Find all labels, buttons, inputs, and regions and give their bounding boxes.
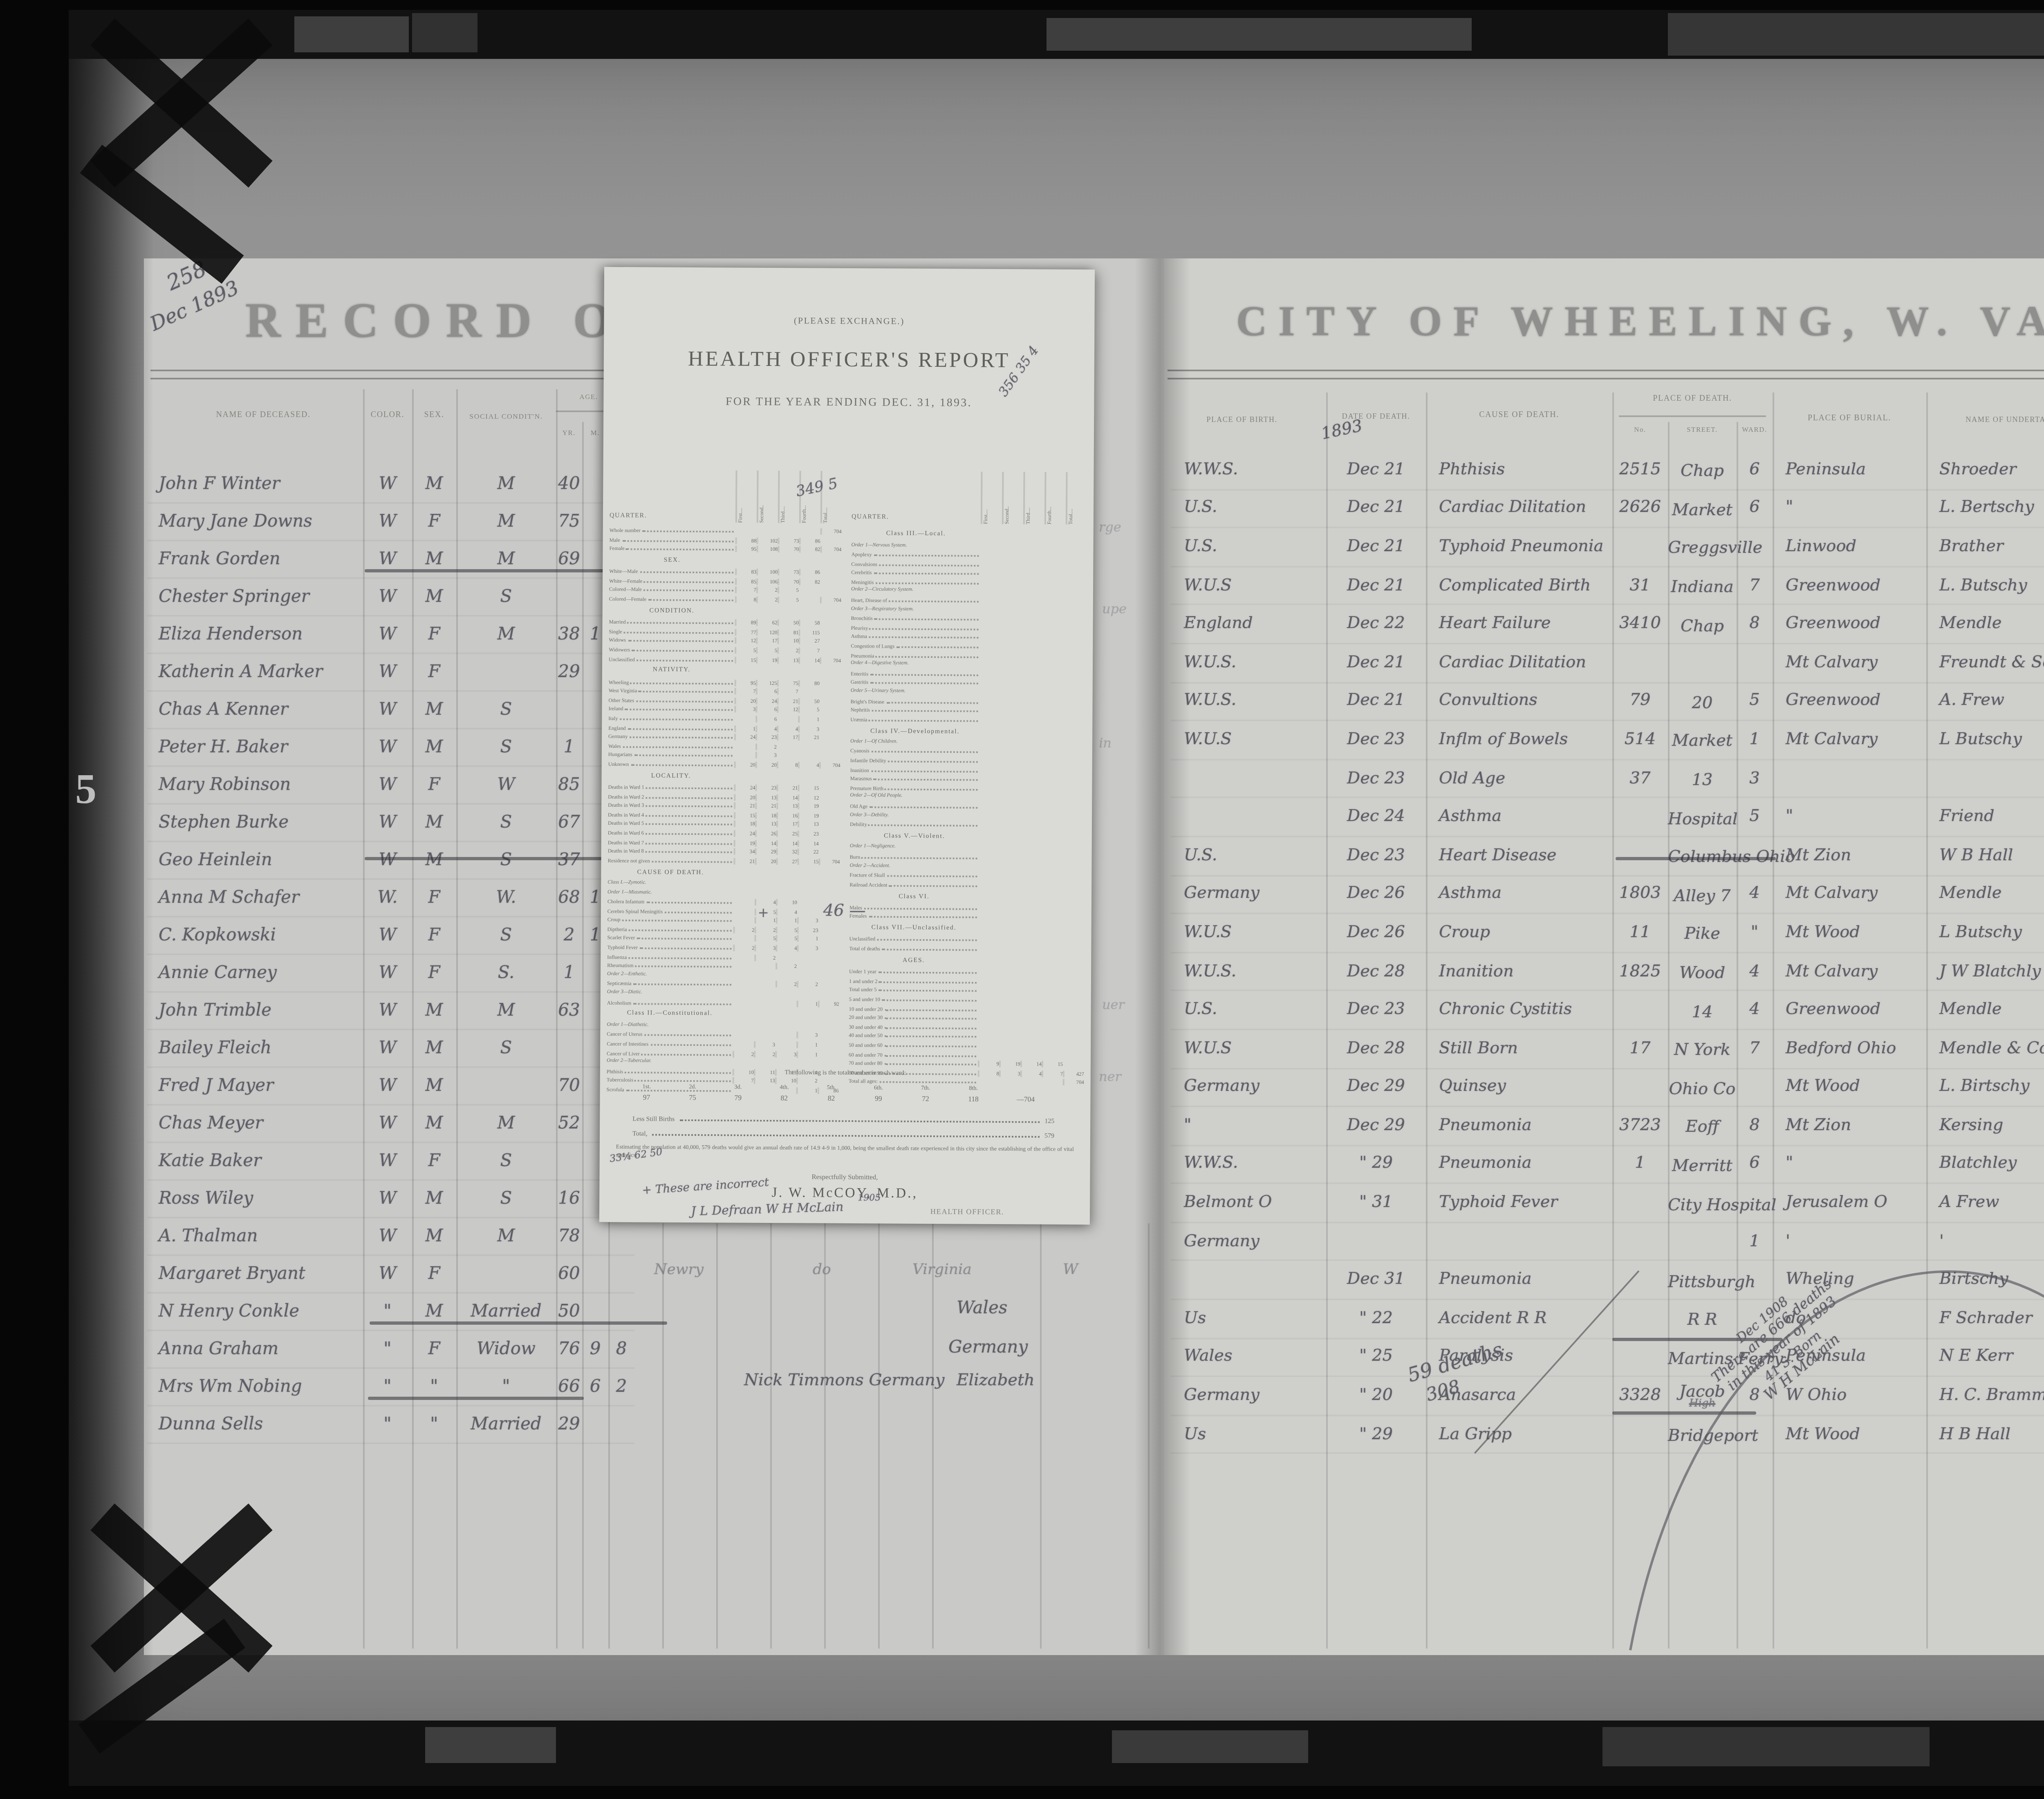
social-condition-value: W: [456, 775, 556, 795]
ledger-row: Ross Wiley W M S 16: [147, 1181, 634, 1218]
entry-label: 10 and under 20: [849, 1005, 883, 1012]
sex-value: M: [412, 1227, 456, 1246]
social-condition-value: S: [456, 813, 556, 832]
social-condition-value: M: [456, 625, 556, 644]
ledger-row: Annie Carney W F S. 1: [147, 955, 634, 993]
report-entry: Deaths in Ward 5 18 13 17 13: [608, 819, 840, 829]
entry-label: Cerebro Spinal Meningitis: [607, 908, 663, 915]
entry-label: Cyanosis: [850, 748, 870, 755]
report-entry: Cholera Infantum 4 10: [607, 897, 840, 907]
entry-label: Scarlet Fever: [607, 935, 635, 942]
entry-label: Class II.—Constitutional.: [627, 1010, 713, 1017]
social-condition-value: Married: [456, 1302, 556, 1321]
dotted-leader: [646, 897, 732, 904]
dotted-leader: [626, 544, 734, 551]
cause-of-death: Asthma: [1426, 885, 1612, 903]
report-entry: Typhoid Fever 2 3 4 3: [607, 942, 839, 953]
report-entry: Unclassified: [849, 935, 1085, 945]
q1-value: 24: [734, 785, 755, 791]
q3-value: 1: [776, 917, 797, 924]
deceased-name: Stephen Burke: [147, 813, 363, 832]
deceased-name: Katie Baker: [147, 1151, 363, 1171]
place-of-birth: England: [1171, 615, 1326, 633]
report-entry: Septicæmia 2 2: [607, 979, 839, 989]
cause-of-death: Old Age: [1426, 769, 1612, 787]
entry-label: Tuberculosis: [607, 1077, 634, 1083]
color-value: W: [363, 662, 412, 682]
q1-value: 9: [978, 1061, 999, 1067]
total-value: 704: [820, 528, 842, 535]
date-of-death: Dec 28: [1326, 962, 1426, 980]
report-entry: Asthma: [851, 632, 1086, 642]
dotted-leader: [882, 944, 977, 951]
parents-note: Nick Timmons Germany: [744, 1372, 945, 1390]
ward-ordinal: 3d.: [734, 1084, 742, 1090]
color-value: W: [363, 1001, 412, 1021]
mother-name: Elizabeth: [957, 1372, 1035, 1390]
undertaker: A. Frew: [1926, 692, 2044, 710]
q3-value: 14: [776, 794, 798, 801]
total-value: 704: [820, 657, 841, 663]
age-months: 9: [582, 1339, 608, 1359]
q3-value: 2: [775, 963, 797, 970]
dotted-leader: [650, 1021, 731, 1026]
place-of-birth: Germany: [1171, 885, 1326, 903]
leader: [652, 1129, 1040, 1138]
social-condition-value: M: [456, 1227, 556, 1246]
q1-value: 19: [734, 839, 755, 846]
illegible-fragment: upe: [1102, 602, 1127, 617]
entry-label: Cerebritis: [851, 570, 872, 576]
q4-value: 22: [798, 849, 819, 855]
ledger-row: A. Thalman W M M 78: [147, 1218, 634, 1256]
report-entry: CAUSE OF DEATH.: [607, 865, 840, 880]
q2-value: 13: [754, 1078, 775, 1084]
report-entry: Unknown 20 20 8 4 704: [608, 759, 840, 769]
dotted-leader: [907, 687, 978, 693]
q2-value: 6: [756, 689, 777, 695]
entry-label: Heart, Disease of: [851, 597, 887, 603]
entry-label: AGES.: [903, 957, 925, 963]
ward-count: 82: [780, 1093, 789, 1101]
color-value: W: [363, 1114, 412, 1133]
house-number: 31: [1612, 576, 1668, 594]
q3-value: 50: [778, 620, 799, 626]
report-entry: Wheeling 95 125 75 80: [609, 677, 841, 687]
dotted-leader: [877, 935, 977, 942]
date-of-death: Dec 26: [1326, 885, 1426, 903]
date-of-death: Dec 23: [1326, 1001, 1426, 1019]
age-years: 50: [556, 1302, 582, 1321]
deceased-rows: John F Winter W M M 40 Mary Jane Downs W…: [147, 466, 634, 1444]
undertaker: J W Blatchly: [1926, 962, 2044, 980]
q4-value: 50: [798, 698, 820, 704]
entry-label: Colored—Male: [609, 587, 642, 593]
dotted-leader: [884, 1031, 977, 1038]
report-entry: 70 and under 80 9 19 14 15: [849, 1058, 1084, 1068]
report-entry: Married 89 62 50 58: [609, 617, 841, 628]
q3-value: 7: [777, 689, 798, 695]
death-record-row: W.U.S. Dec 28 Inanition 1825 Wood 4 Mt C…: [1171, 953, 2044, 991]
col-header-place-of-burial: PLACE OF BURIAL.: [1773, 415, 1926, 424]
report-entry: Italy 6 1: [608, 713, 840, 724]
col-header-date-of-death: DATE OF DEATH.: [1326, 412, 1426, 420]
film-artifact: [1668, 13, 2044, 56]
q3-value: 21: [777, 698, 798, 704]
age-years: 85: [556, 775, 582, 795]
date-of-death: Dec 21: [1326, 576, 1426, 594]
ward-count: 118: [968, 1094, 979, 1102]
dotted-leader: [888, 756, 978, 763]
cause-of-death: La Gripp: [1426, 1426, 1612, 1444]
social-condition-value: Married: [456, 1415, 556, 1434]
entry-label: Apoplexy: [851, 551, 872, 558]
street: Indiana: [1668, 579, 1737, 592]
entry-label: Total under 5: [849, 987, 877, 993]
sex-value: F: [412, 963, 456, 983]
entry-label: Total all ages:: [849, 1078, 878, 1085]
entry-label: Fracture of Skull: [849, 872, 885, 878]
death-rate-paragraph: Estimating the population at 40,000, 579…: [616, 1144, 1074, 1162]
report-entry: Class VII.—Unclassified.: [849, 921, 1085, 936]
q1-value: 7: [735, 688, 756, 695]
q4-value: 3: [798, 725, 819, 732]
q2-value: 23: [755, 785, 776, 791]
cause-of-death: Typhoid Pneumonia: [1426, 538, 1612, 556]
color-value: ": [363, 1339, 412, 1359]
dotted-leader: [650, 1039, 731, 1046]
total-row: Total, 579: [632, 1129, 1054, 1139]
report-entry: Deaths in Ward 7 19 14 14 14: [608, 837, 840, 847]
entry-label: Diptheria: [607, 926, 627, 932]
report-entry: Order 2—Tubercular.: [607, 1057, 839, 1067]
q4-value: 1: [796, 1050, 818, 1057]
rule: [932, 1223, 934, 1649]
entry-label: Deaths in Ward 4: [608, 811, 644, 818]
q1-value: 12: [735, 638, 756, 644]
place-of-birth: Us: [1171, 1426, 1326, 1444]
sex-value: F: [412, 888, 456, 908]
pencil-underline: [1616, 857, 1776, 859]
entry-label: Widows: [609, 637, 626, 644]
sex-value: M: [412, 850, 456, 870]
date-of-death: Dec 22: [1326, 615, 1426, 633]
ward-total: 3d.79: [734, 1084, 742, 1101]
q4-value: 82: [799, 546, 820, 553]
entry-label: Order 1—Nervous System.: [852, 541, 907, 547]
q1-value: 3: [734, 707, 755, 713]
street: Hospital: [1668, 811, 1737, 824]
report-entry: Order 1—Diathetic.: [607, 1021, 839, 1031]
dotted-leader: [636, 695, 733, 702]
ledger-row: Geo Heinlein W M S 37: [147, 842, 634, 880]
deceased-name: John Trimble: [147, 1001, 363, 1021]
q4-value: 82: [799, 579, 820, 585]
less-still-births-row: Less Still Births 125: [632, 1114, 1054, 1124]
deceased-name: Frank Gorden: [147, 550, 363, 569]
entry-label: Class I.—Zymotic.: [607, 879, 646, 885]
ledger-row: C. Kopkowski W F S 2 1: [147, 917, 634, 955]
place-of-burial: Mt Calvary: [1773, 654, 1926, 672]
entry-label: Gastritis: [851, 680, 868, 686]
quarter-col-third: Third....: [1023, 472, 1045, 524]
film-artifact: [294, 16, 409, 52]
dotted-leader: [879, 1077, 976, 1084]
entry-label: Rheumatism: [607, 962, 634, 969]
q1-value: 2: [733, 1050, 754, 1057]
death-record-row: Belmont O " 31 Typhoid Fever City Hospit…: [1171, 1184, 2044, 1223]
report-entry: Convulsions: [851, 559, 1087, 569]
q3-value: 4: [776, 908, 797, 915]
q4-value: 86: [799, 570, 820, 576]
dotted-leader: [628, 617, 733, 624]
age-months: 6: [582, 1377, 608, 1397]
ledger-row: Katherin A Marker W F 29: [147, 654, 634, 692]
film-artifact: [1047, 18, 1472, 51]
q2-value: 3: [754, 1041, 775, 1048]
pencil-underline: [370, 1321, 667, 1324]
place-of-burial: Mt Zion: [1773, 847, 1926, 865]
dotted-leader: [869, 820, 977, 827]
report-entry: Colored—Male 7 2 5: [609, 585, 841, 595]
dotted-leader: [644, 576, 734, 583]
social-condition-value: ": [456, 1377, 556, 1397]
color-value: W: [363, 550, 412, 569]
q3-value: 13: [776, 803, 798, 810]
street: Wood: [1668, 965, 1737, 978]
col-header-cause-of-death: CAUSE OF DEATH.: [1426, 412, 1612, 420]
cause-of-death: Croup: [1426, 924, 1612, 942]
death-record-row: W.U.S Dec 26 Croup 11 Pike " Mt Wood L B…: [1171, 915, 2044, 953]
q3-value: 32: [776, 849, 798, 855]
report-entry: Fracture of Skull: [849, 870, 1085, 880]
report-entry: Residence not given 21 20 27 15 704: [607, 855, 840, 866]
ward-count: 82: [827, 1093, 836, 1101]
q2-value: 26: [755, 830, 776, 837]
undertaker: Blatchley: [1926, 1155, 2044, 1173]
street: Market: [1668, 734, 1737, 747]
house-number: 17: [1612, 1040, 1668, 1058]
q4-value: 1: [796, 1041, 818, 1048]
report-entry: Premature Birth: [850, 783, 1085, 793]
dotted-leader: [884, 1049, 977, 1056]
place-of-birth: U.S.: [1171, 847, 1326, 865]
report-entry: Males: [849, 902, 1085, 913]
report-entry: England 1 4 4 3: [608, 722, 840, 733]
undertaker: Mendle: [1926, 1001, 2044, 1019]
film-artifact: [412, 13, 477, 52]
social-condition-value: M: [456, 512, 556, 532]
dotted-leader: [862, 852, 977, 859]
entry-label: Married: [609, 619, 626, 626]
total-value: 704: [819, 762, 840, 769]
dotted-leader: [639, 567, 733, 574]
color-value: W: [363, 1264, 412, 1284]
place-of-birth: W.U.S: [1171, 731, 1326, 749]
color-value: W: [363, 474, 412, 494]
q2-value: 62: [756, 619, 778, 626]
entry-label: Enteritis: [851, 670, 868, 677]
q3-value: 4: [775, 945, 797, 951]
place-of-birth: W.W.S.: [1171, 461, 1326, 479]
less-still-births-value: 125: [1044, 1117, 1054, 1125]
report-entry: Cerebritis: [851, 568, 1087, 578]
entry-label: Pleurisy: [851, 624, 868, 631]
undertaker: Kersing: [1926, 1117, 2044, 1135]
social-condition-value: W.: [456, 888, 556, 908]
q2-value: 102: [757, 537, 778, 543]
entry-label: Class IV.—Developmental.: [870, 727, 960, 734]
ward-ordinal: 2d.: [689, 1083, 696, 1090]
age-years: 78: [556, 1227, 582, 1246]
entry-label: 40 and under 50: [849, 1032, 883, 1039]
dotted-leader: [633, 979, 731, 986]
entry-label: Premature Birth: [850, 785, 883, 791]
report-entry: Order 4—Digestive System.: [851, 659, 1086, 670]
entry-label: Whole number: [610, 527, 641, 534]
report-entry: Apoplexy: [851, 550, 1087, 560]
q4-value: 86: [799, 537, 820, 544]
dotted-leader: [632, 645, 733, 652]
street: 20: [1668, 695, 1737, 708]
house-number: 3723: [1612, 1117, 1668, 1135]
dotted-leader: [630, 759, 733, 766]
dotted-leader: [634, 750, 733, 757]
q2-value: 5: [756, 647, 777, 654]
rule: [662, 1223, 664, 1649]
house-number: 514: [1612, 731, 1668, 749]
report-entry: 50 and under 60: [849, 1040, 1084, 1050]
color-value: W: [363, 775, 412, 795]
age-years: 1: [556, 738, 582, 757]
color-value: W: [363, 1039, 412, 1058]
ledger-row: John F Winter W M M 40: [147, 466, 634, 504]
entry-label: CONDITION.: [649, 607, 694, 614]
report-entry: Order 1—Negligence.: [850, 843, 1085, 853]
q2-value: 2: [754, 1050, 775, 1057]
place-of-birth: U.S.: [1171, 1001, 1326, 1019]
death-record-row: U.S. Dec 21 Cardiac Dilitation 2626 Mark…: [1171, 490, 2044, 528]
illegible-fragment: uer: [1102, 998, 1125, 1012]
q3-value: 10: [775, 1078, 796, 1084]
report-entry: Congestion of Lungs: [851, 641, 1086, 651]
hand-plus-mark: +: [758, 906, 769, 920]
total-value: 704: [820, 597, 841, 603]
date-of-death: Dec 21: [1326, 692, 1426, 710]
report-entry: CONDITION.: [609, 603, 841, 619]
q4-value: 2: [796, 1078, 818, 1084]
place-of-birth: U.S.: [1171, 500, 1326, 518]
age-days: 2: [608, 1377, 634, 1397]
q3-value: 16: [776, 812, 798, 819]
death-record-row: W.U.S. Dec 21 Cardiac Dilitation Mt Calv…: [1171, 644, 2044, 683]
q3-value: 2: [775, 982, 797, 988]
q4-value: 12: [798, 794, 819, 801]
entry-label: Order 4—Digestive System.: [851, 659, 909, 666]
illegible-fragment: rge: [1099, 520, 1121, 535]
color-value: W: [363, 963, 412, 983]
q4-value: 3: [797, 945, 818, 952]
undertaker: Shroeder: [1926, 461, 2044, 479]
report-entry: Total of deaths: [849, 944, 1085, 954]
dotted-leader: [644, 1030, 731, 1037]
sex-value: ": [412, 1415, 456, 1434]
dotted-leader: [870, 669, 978, 676]
entry-label: Order 2—Accident.: [849, 861, 890, 868]
report-entry: Hungarians 3: [608, 750, 840, 760]
dotted-leader: [639, 943, 732, 950]
report-entry: Widows 12 17 10 27: [609, 635, 841, 646]
sex-value: F: [412, 1151, 456, 1171]
report-entry: Class VI.: [849, 888, 1085, 904]
ledger-row: Mary Jane Downs W F M 75: [147, 504, 634, 541]
entry-label: 20 and under 30: [849, 1014, 883, 1021]
q3-value: 73: [778, 569, 799, 576]
ward-total: 6th.99: [874, 1084, 883, 1101]
entry-label: Order 1—Diathetic.: [607, 1021, 648, 1027]
dotted-leader: [899, 738, 978, 743]
ledger-row: Eliza Henderson W F M 38 1: [147, 617, 634, 654]
right-page-title: CITY OF WHEELING, W. VA.: [1236, 298, 2044, 347]
q1-value: 89: [735, 619, 756, 626]
ward-ordinal: 5th.: [827, 1084, 836, 1091]
q3-value: 81: [777, 629, 798, 635]
dotted-leader: [633, 998, 731, 1005]
age-years: 37: [556, 850, 582, 870]
col-header-no: No.: [1612, 425, 1668, 433]
report-entry: Marasmus: [850, 774, 1086, 784]
q2-value: 29: [755, 849, 776, 855]
ward-total: 5th.82: [827, 1084, 836, 1101]
q4-value: 27: [798, 638, 820, 645]
entry-label: Deaths in Ward 6: [608, 830, 644, 836]
sex-value: M: [412, 1114, 456, 1133]
ward-count: 75: [689, 1092, 696, 1101]
q2-value: 2: [756, 588, 778, 594]
report-entry: Pneumonia: [851, 651, 1086, 661]
date-of-death: Dec 21: [1326, 500, 1426, 518]
street: Chap: [1668, 618, 1737, 631]
entry-label: Pneumonia: [851, 652, 874, 659]
undertaker: L. Butschy: [1926, 576, 2044, 594]
quarter-col-first: First....: [981, 472, 1002, 524]
dotted-leader: [889, 596, 979, 603]
report-entry: Whole number 704: [610, 525, 842, 536]
place-of-burial: Mt Wood: [1773, 1078, 1926, 1096]
total-value: 704: [818, 858, 840, 865]
q3-value: 5: [776, 927, 797, 933]
entry-label: Cancer of Liver: [607, 1050, 640, 1056]
report-entry: Class II.—Constitutional.: [607, 1007, 839, 1022]
ward: 5: [1737, 692, 1773, 710]
sex-value: M: [412, 474, 456, 494]
entry-label: White—Male: [609, 568, 638, 575]
col-header-color: COLOR.: [363, 412, 412, 420]
q3-value: 25: [776, 830, 798, 837]
q1-value: 5: [735, 647, 756, 653]
ward: 4: [1737, 1001, 1773, 1019]
color-value: ": [363, 1302, 412, 1321]
dotted-leader: [628, 636, 733, 643]
sex-value: M: [412, 550, 456, 569]
q1-value: 15: [734, 812, 755, 819]
dotted-leader: [635, 1075, 731, 1082]
entry-label: Deaths in Ward 8: [608, 848, 644, 855]
leader: [679, 1115, 1040, 1123]
place-of-burial: Jerusalem O: [1773, 1194, 1926, 1212]
report-entry: Burn: [850, 852, 1085, 862]
entry-label: SEX.: [664, 557, 681, 563]
